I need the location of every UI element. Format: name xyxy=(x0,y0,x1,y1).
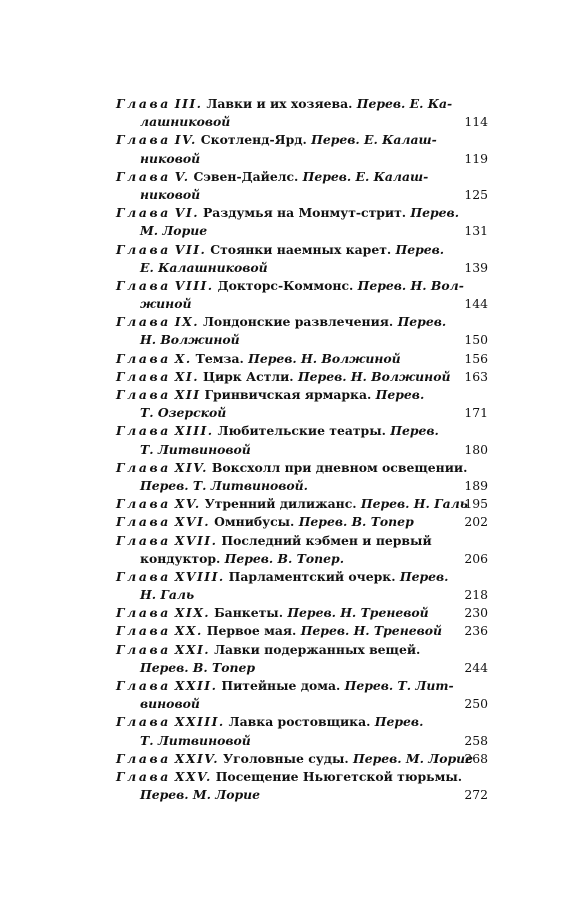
chapter-number: X. xyxy=(175,351,192,366)
chapter-title-text: Омнибусы. xyxy=(214,514,299,529)
translator-credit: Перев. xyxy=(400,569,449,584)
chapter-number: III. xyxy=(175,96,203,111)
chapter-title-text: Посещение Ньюгетской тюрьмы. xyxy=(216,769,462,784)
toc-entry-first-line: Глава XII Гринвичская ярмарка. Перев. xyxy=(116,386,472,404)
chapter-number: VI. xyxy=(175,205,199,220)
toc-entry: Глава XVI. Омнибусы. Перев. В. Топер202 xyxy=(116,513,472,531)
toc-entry-continuation-line: Т. Литвиновой258 xyxy=(116,732,472,750)
toc-entry-first-line: Глава III. Лавки и их хозяева. Перев. Е.… xyxy=(116,95,472,113)
toc-entry: Глава XXI. Лавки подержанных вещей.Перев… xyxy=(116,641,472,677)
chapter-number: IV. xyxy=(175,132,197,147)
toc-entry-first-line: Глава XXII. Питейные дома. Перев. Т. Лит… xyxy=(116,677,472,695)
chapter-title-text: Докторс-Коммонс. xyxy=(218,278,358,293)
chapter-number: XIX. xyxy=(175,605,210,620)
toc-entry: Глава XVIII. Парламентский очерк. Перев.… xyxy=(116,568,472,604)
chapter-title-text: лашниковой xyxy=(140,114,230,129)
chapter-title-text: никовой xyxy=(140,151,200,166)
chapter-number: XVII. xyxy=(175,533,218,548)
toc-entry: Глава X. Темза. Перев. Н. Волжиной156 xyxy=(116,350,472,368)
toc-entry: Глава XXIV. Уголовные суды. Перев. М. Ло… xyxy=(116,750,472,768)
toc-entry-continuation-line: жиной144 xyxy=(116,295,472,313)
chapter-number: XXIV. xyxy=(175,751,219,766)
toc-entry-first-line: Глава VIII. Докторс-Коммонс. Перев. Н. В… xyxy=(116,277,472,295)
toc-entry-first-line: Глава XIII. Любительские театры. Перев. xyxy=(116,422,472,440)
chapter-title-text: Н. Волжиной xyxy=(140,332,240,347)
chapter-title-text: Последний кэбмен и первый xyxy=(221,533,431,548)
toc-entry-first-line: Глава XIX. Банкеты. Перев. Н. Треневой23… xyxy=(116,604,472,622)
toc-entry-first-line: Глава VI. Раздумья на Монмут-стрит. Пере… xyxy=(116,204,472,222)
book-page: Глава III. Лавки и их хозяева. Перев. Е.… xyxy=(0,0,585,900)
page-number: 125 xyxy=(448,186,488,204)
translator-credit: Перев. xyxy=(376,387,425,402)
toc-entry-continuation-line: Перев. М. Лорие272 xyxy=(116,786,472,804)
chapter-title-text: Утренний дилижанс. xyxy=(205,496,361,511)
chapter-number: XXI. xyxy=(175,642,210,657)
translator-credit: Перев. Т. Литвиновой. xyxy=(140,478,308,493)
chapter-title-text: Уголовные суды. xyxy=(223,751,353,766)
chapter-label: Глава xyxy=(116,533,171,548)
chapter-label: Глава xyxy=(116,242,171,257)
translator-credit: Перев. В. Топер xyxy=(140,660,255,675)
translator-credit: Перев. Н. Треневой xyxy=(301,623,442,638)
toc-entry: Глава XXII. Питейные дома. Перев. Т. Лит… xyxy=(116,677,472,713)
toc-entry: Глава XX. Первое мая. Перев. Н. Треневой… xyxy=(116,622,472,640)
chapter-number: VIII. xyxy=(175,278,214,293)
toc-entry: Глава XI. Цирк Астли. Перев. Н. Волжиной… xyxy=(116,368,472,386)
chapter-label: Глава xyxy=(116,678,171,693)
chapter-title-text: Раздумья на Монмут-стрит. xyxy=(203,205,410,220)
toc-entry-continuation-line: виновой250 xyxy=(116,695,472,713)
toc-entry-first-line: Глава XI. Цирк Астли. Перев. Н. Волжиной… xyxy=(116,368,472,386)
page-number: 139 xyxy=(448,259,488,277)
page-number: 150 xyxy=(448,331,488,349)
chapter-title-text: Н. Галь xyxy=(140,587,194,602)
chapter-label: Глава xyxy=(116,514,171,529)
toc-entry: Глава XIV. Воксхолл при дневном освещени… xyxy=(116,459,472,495)
toc-entry-continuation-line: Перев. Т. Литвиновой.189 xyxy=(116,477,472,495)
chapter-title-text: Гринвичская ярмарка. xyxy=(204,387,375,402)
chapter-title-text: М. Лорие xyxy=(140,223,207,238)
toc-entry-first-line: Глава XIV. Воксхолл при дневном освещени… xyxy=(116,459,472,477)
chapter-title-text: Темза. xyxy=(196,351,248,366)
chapter-number: XVIII. xyxy=(175,569,225,584)
toc-entry-continuation-line: Т. Литвиновой180 xyxy=(116,441,472,459)
toc-entry: Глава XII Гринвичская ярмарка. Перев.Т. … xyxy=(116,386,472,422)
chapter-title-text: Сэвен-Дайелс. xyxy=(194,169,303,184)
chapter-number: XV. xyxy=(175,496,201,511)
page-number: 195 xyxy=(448,495,488,513)
toc-entry-continuation-line: никовой119 xyxy=(116,150,472,168)
chapter-title-text: Т. Литвиновой xyxy=(140,733,251,748)
toc-entry-first-line: Глава V. Сэвен-Дайелс. Перев. Е. Калаш- xyxy=(116,168,472,186)
translator-credit: Перев. Е. Калаш- xyxy=(303,169,429,184)
page-number: 206 xyxy=(448,550,488,568)
toc-entry-first-line: Глава VII. Стоянки наемных карет. Перев. xyxy=(116,241,472,259)
chapter-title-text: Лавка ростовщика. xyxy=(229,714,375,729)
page-number: 230 xyxy=(448,604,488,622)
translator-credit: Перев. xyxy=(396,242,445,257)
translator-credit: Перев. Н. Волжиной xyxy=(298,369,451,384)
chapter-label: Глава xyxy=(116,423,171,438)
chapter-title-text: Т. Озерской xyxy=(140,405,226,420)
translator-credit: Перев. М. Лорие xyxy=(140,787,260,802)
toc-entry-first-line: Глава XV. Утренний дилижанс. Перев. Н. Г… xyxy=(116,495,472,513)
page-number: 236 xyxy=(448,622,488,640)
page-number: 272 xyxy=(448,786,488,804)
chapter-title-text: Лондонские развлечения. xyxy=(203,314,398,329)
toc-entry: Глава VII. Стоянки наемных карет. Перев.… xyxy=(116,241,472,277)
page-number: 163 xyxy=(448,368,488,386)
toc-entry-continuation-line: Е. Калашниковой139 xyxy=(116,259,472,277)
chapter-number: V. xyxy=(175,169,190,184)
chapter-number: XX. xyxy=(175,623,203,638)
page-number: 119 xyxy=(448,150,488,168)
chapter-label: Глава xyxy=(116,605,171,620)
toc-entry-first-line: Глава XXIV. Уголовные суды. Перев. М. Ло… xyxy=(116,750,472,768)
page-number: 244 xyxy=(448,659,488,677)
page-number: 258 xyxy=(448,732,488,750)
toc-entry: Глава XIII. Любительские театры. Перев.Т… xyxy=(116,422,472,458)
chapter-number: XXV. xyxy=(175,769,212,784)
toc-entry: Глава XVII. Последний кэбмен и первыйкон… xyxy=(116,532,472,568)
toc-entry-continuation-line: никовой125 xyxy=(116,186,472,204)
toc-entry: Глава XV. Утренний дилижанс. Перев. Н. Г… xyxy=(116,495,472,513)
chapter-label: Глава xyxy=(116,460,171,475)
chapter-title-text: Воксхолл при дневном освещении. xyxy=(212,460,468,475)
chapter-label: Глава xyxy=(116,278,171,293)
translator-credit: Перев. В. Топер xyxy=(299,514,414,529)
chapter-label: Глава xyxy=(116,169,171,184)
chapter-number: VII. xyxy=(175,242,207,257)
chapter-label: Глава xyxy=(116,623,171,638)
toc-entry: Глава XXIII. Лавка ростовщика. Перев.Т. … xyxy=(116,713,472,749)
toc-entry-first-line: Глава X. Темза. Перев. Н. Волжиной156 xyxy=(116,350,472,368)
translator-credit: Перев. Е. Ка- xyxy=(357,96,452,111)
translator-credit: Перев. В. Топер. xyxy=(225,551,344,566)
page-number: 144 xyxy=(448,295,488,313)
page-number: 250 xyxy=(448,695,488,713)
translator-credit: Перев. Н. Треневой xyxy=(287,605,428,620)
chapter-label: Глава xyxy=(116,387,171,402)
chapter-label: Глава xyxy=(116,769,171,784)
toc-entry-first-line: Глава IV. Скотленд-Ярд. Перев. Е. Калаш- xyxy=(116,131,472,149)
chapter-number: XXIII. xyxy=(175,714,225,729)
chapter-title-text: Лавки и их хозяева. xyxy=(206,96,356,111)
toc-entry-continuation-line: Перев. В. Топер244 xyxy=(116,659,472,677)
toc-entry-first-line: Глава XXV. Посещение Ньюгетской тюрьмы. xyxy=(116,768,472,786)
toc-entry: Глава III. Лавки и их хозяева. Перев. Е.… xyxy=(116,95,472,131)
chapter-number: XII xyxy=(175,387,201,402)
chapter-title-text: Е. Калашниковой xyxy=(140,260,268,275)
chapter-title-text: никовой xyxy=(140,187,200,202)
chapter-title-text: Любительские театры. xyxy=(218,423,391,438)
toc-entry-first-line: Глава IX. Лондонские развлечения. Перев. xyxy=(116,313,472,331)
page-number: 202 xyxy=(448,513,488,531)
translator-credit: Перев. Т. Лит- xyxy=(345,678,454,693)
toc-entry: Глава XIX. Банкеты. Перев. Н. Треневой23… xyxy=(116,604,472,622)
chapter-title-text: Т. Литвиновой xyxy=(140,442,251,457)
chapter-title-text: Банкеты. xyxy=(214,605,287,620)
page-number: 171 xyxy=(448,404,488,422)
page-number: 156 xyxy=(448,350,488,368)
toc-entry-continuation-line: кондуктор. Перев. В. Топер.206 xyxy=(116,550,472,568)
toc-entry-continuation-line: Н. Волжиной150 xyxy=(116,331,472,349)
toc-entry-first-line: Глава XVIII. Парламентский очерк. Перев. xyxy=(116,568,472,586)
chapter-number: XI. xyxy=(175,369,199,384)
chapter-number: IX. xyxy=(175,314,199,329)
chapter-label: Глава xyxy=(116,351,171,366)
chapter-label: Глава xyxy=(116,369,171,384)
translator-credit: Перев. Е. Калаш- xyxy=(311,132,437,147)
chapter-label: Глава xyxy=(116,96,171,111)
chapter-title-text: кондуктор. xyxy=(140,551,225,566)
chapter-title-text: виновой xyxy=(140,696,200,711)
toc-entry: Глава VIII. Докторс-Коммонс. Перев. Н. В… xyxy=(116,277,472,313)
page-number: 218 xyxy=(448,586,488,604)
page-number: 268 xyxy=(448,750,488,768)
chapter-title-text: Питейные дома. xyxy=(221,678,344,693)
toc-entry: Глава VI. Раздумья на Монмут-стрит. Пере… xyxy=(116,204,472,240)
translator-credit: Перев. xyxy=(398,314,447,329)
toc-entry-first-line: Глава XVI. Омнибусы. Перев. В. Топер202 xyxy=(116,513,472,531)
page-number: 114 xyxy=(448,113,488,131)
toc-entry-first-line: Глава XVII. Последний кэбмен и первый xyxy=(116,532,472,550)
chapter-title-text: жиной xyxy=(140,296,192,311)
page-number: 180 xyxy=(448,441,488,459)
toc-entry-continuation-line: Н. Галь218 xyxy=(116,586,472,604)
translator-credit: Перев. Н. Вол- xyxy=(358,278,464,293)
chapter-label: Глава xyxy=(116,496,171,511)
chapter-number: XIII. xyxy=(175,423,214,438)
chapter-label: Глава xyxy=(116,569,171,584)
chapter-number: XVI. xyxy=(175,514,210,529)
chapter-label: Глава xyxy=(116,714,171,729)
toc-entry: Глава IX. Лондонские развлечения. Перев.… xyxy=(116,313,472,349)
chapter-title-text: Стоянки наемных карет. xyxy=(210,242,395,257)
chapter-label: Глава xyxy=(116,132,171,147)
chapter-title-text: Скотленд-Ярд. xyxy=(201,132,311,147)
chapter-label: Глава xyxy=(116,642,171,657)
toc-entry-continuation-line: лашниковой114 xyxy=(116,113,472,131)
table-of-contents: Глава III. Лавки и их хозяева. Перев. Е.… xyxy=(116,95,472,804)
toc-entry-first-line: Глава XXIII. Лавка ростовщика. Перев. xyxy=(116,713,472,731)
page-number: 189 xyxy=(448,477,488,495)
toc-entry-first-line: Глава XXI. Лавки подержанных вещей. xyxy=(116,641,472,659)
toc-entry-continuation-line: М. Лорие131 xyxy=(116,222,472,240)
chapter-number: XXII. xyxy=(175,678,218,693)
toc-entry: Глава V. Сэвен-Дайелс. Перев. Е. Калаш-н… xyxy=(116,168,472,204)
toc-entry-first-line: Глава XX. Первое мая. Перев. Н. Треневой… xyxy=(116,622,472,640)
translator-credit: Перев. Н. Волжиной xyxy=(248,351,401,366)
chapter-label: Глава xyxy=(116,314,171,329)
chapter-title-text: Первое мая. xyxy=(207,623,301,638)
toc-entry: Глава IV. Скотленд-Ярд. Перев. Е. Калаш-… xyxy=(116,131,472,167)
chapter-label: Глава xyxy=(116,205,171,220)
chapter-number: XIV. xyxy=(175,460,208,475)
chapter-title-text: Лавки подержанных вещей. xyxy=(214,642,420,657)
chapter-title-text: Цирк Астли. xyxy=(203,369,298,384)
translator-credit: Перев. xyxy=(390,423,439,438)
chapter-label: Глава xyxy=(116,751,171,766)
toc-entry-continuation-line: Т. Озерской171 xyxy=(116,404,472,422)
chapter-title-text: Парламентский очерк. xyxy=(229,569,400,584)
toc-entry: Глава XXV. Посещение Ньюгетской тюрьмы.П… xyxy=(116,768,472,804)
page-number: 131 xyxy=(448,222,488,240)
translator-credit: Перев. xyxy=(410,205,459,220)
translator-credit: Перев. xyxy=(375,714,424,729)
